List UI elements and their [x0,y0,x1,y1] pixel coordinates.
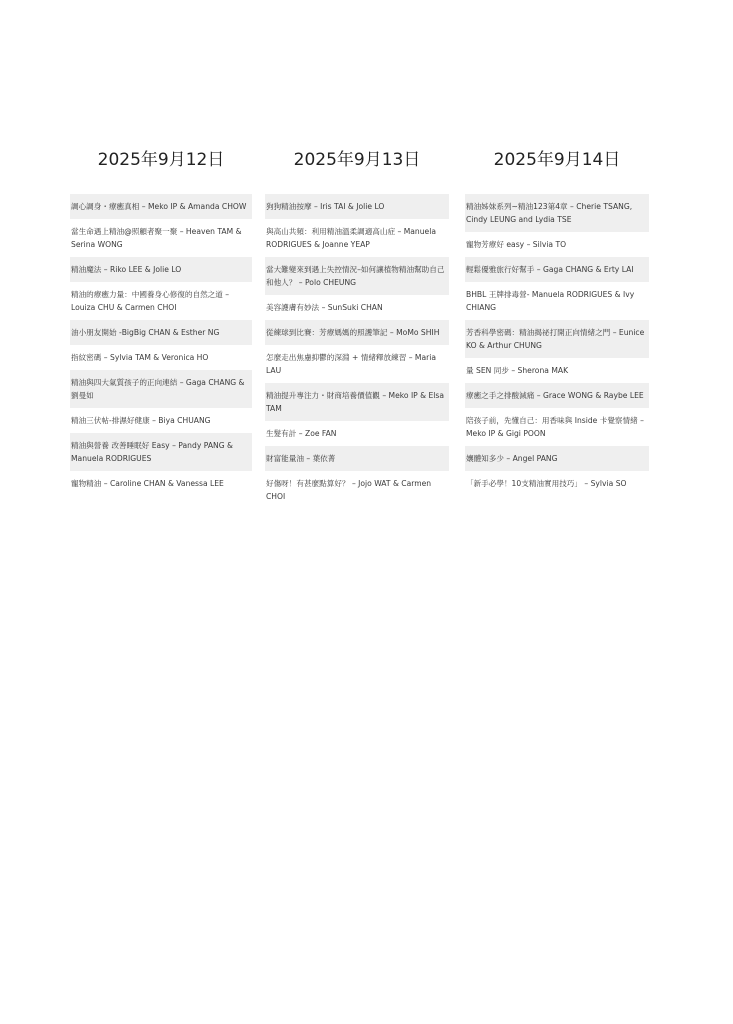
schedule-column-day3: 2025年9月14日 精油姊妹系列~精油123第4章 – Cherie TSAN… [465,146,649,496]
session-item: 孃體知多少 – Angel PANG [465,446,649,471]
session-list: 調心調身・療癒真相 – Meko IP & Amanda CHOW 當生命遇上精… [70,194,252,496]
session-item: 調心調身・療癒真相 – Meko IP & Amanda CHOW [70,194,252,219]
session-item: 陪孩子前，先懂自己：用香味與 Inside 卡覺察情緒 – Meko IP & … [465,408,649,446]
session-item: 量 SEN 同步 – Sherona MAK [465,358,649,383]
session-item: 美容護膚有妙法 – SunSuki CHAN [265,295,449,320]
session-list: 精油姊妹系列~精油123第4章 – Cherie TSANG, Cindy LE… [465,194,649,496]
session-item: 好傷呀！有甚麼點算好？ – Jojo WAT & Carmen CHOI [265,471,449,509]
column-date-heading: 2025年9月12日 [70,146,252,174]
schedule-column-day1: 2025年9月12日 調心調身・療癒真相 – Meko IP & Amanda … [70,146,252,496]
session-item: 指紋密碼 – Sylvia TAM & Veronica HO [70,345,252,370]
session-item: 精油與營養 改善睡眠好 Easy – Pandy PANG & Manuela … [70,433,252,471]
session-item: 「新手必學！10支精油實用技巧」 – Sylvia SO [465,471,649,496]
session-item: 精油與四大氣質孩子的正向連結 – Gaga CHANG & 劉曼如 [70,370,252,408]
session-item: 與高山共頻：利用精油溫柔調適高山症 – Manuela RODRIGUES & … [265,219,449,257]
session-item: 精油魔法 – Riko LEE & Jolie LO [70,257,252,282]
session-item: 寵物精油 – Caroline CHAN & Vanessa LEE [70,471,252,496]
column-date-heading: 2025年9月14日 [465,146,649,174]
session-item: BHBL 王牌排毒營- Manuela RODRIGUES & Ivy CHIA… [465,282,649,320]
session-item: 輕鬆優雅旅行好幫手 – Gaga CHANG & Erty LAI [465,257,649,282]
session-item: 當生命遇上精油@照顧者聚一聚 – Heaven TAM & Serina WON… [70,219,252,257]
session-item: 油小朋友開始 -BigBig CHAN & Esther NG [70,320,252,345]
session-item: 從練球到比賽：芳療媽媽的照護筆記 – MoMo SHIH [265,320,449,345]
session-item: 精油姊妹系列~精油123第4章 – Cherie TSANG, Cindy LE… [465,194,649,232]
schedule-column-day2: 2025年9月13日 狗狗精油按摩 – Iris TAI & Jolie LO … [265,146,449,509]
session-item: 怎麼走出焦慮抑鬱的深淵 + 情緒釋放練習 – Maria LAU [265,345,449,383]
session-item: 芳香科學密碼：精油揭祕打開正向情緒之門 – Eunice KO & Arthur… [465,320,649,358]
session-item: 寵物芳療好 easy – Silvia TO [465,232,649,257]
session-list: 狗狗精油按摩 – Iris TAI & Jolie LO 與高山共頻：利用精油溫… [265,194,449,509]
session-item: 療癒之手之排酸減痛 – Grace WONG & Raybe LEE [465,383,649,408]
session-item: 財富能量油 – 葉依菁 [265,446,449,471]
session-item: 生髮有計 – Zoe FAN [265,421,449,446]
session-item: 精油的療癒力量：中國養身心修復的自然之道 – Louiza CHU & Carm… [70,282,252,320]
session-item: 狗狗精油按摩 – Iris TAI & Jolie LO [265,194,449,219]
session-item: 精油提升專注力・財商培養價值觀 – Meko IP & Elsa TAM [265,383,449,421]
session-item: 當大難變來到遇上失控情況–如何讓植物精油幫助自己和他人？ – Polo CHEU… [265,257,449,295]
session-item: 精油三伏帖-排濕好健康 – Biya CHUANG [70,408,252,433]
column-date-heading: 2025年9月13日 [265,146,449,174]
